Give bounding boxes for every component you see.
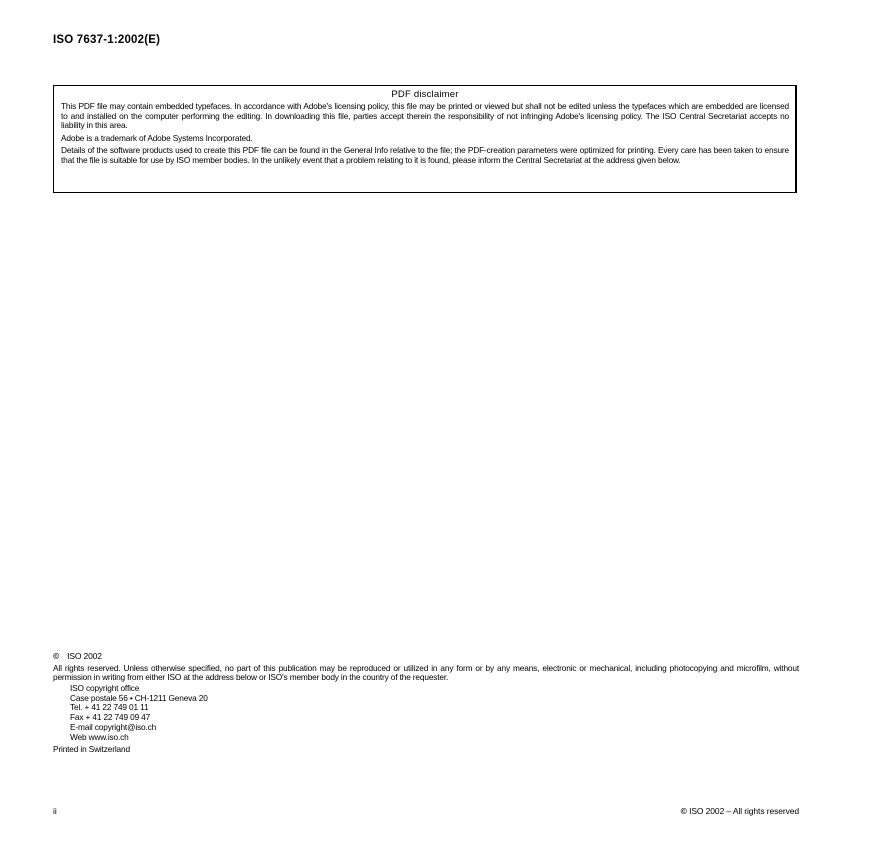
disclaimer-paragraph-details: Details of the software products used to… bbox=[61, 146, 789, 165]
copyright-block: ©ISO 2002 All rights reserved. Unless ot… bbox=[53, 652, 799, 754]
copyright-office-address: ISO copyright office Case postale 56 • C… bbox=[53, 684, 799, 743]
rights-reserved-text: All rights reserved. Unless otherwise sp… bbox=[53, 664, 799, 683]
address-web: Web www.iso.ch bbox=[70, 733, 799, 743]
document-id-header: ISO 7637-1:2002(E) bbox=[53, 34, 160, 46]
copyright-year: ISO 2002 bbox=[67, 651, 102, 661]
copyright-icon: © bbox=[53, 651, 59, 661]
pdf-disclaimer-box: PDF disclaimer This PDF file may contain… bbox=[53, 85, 797, 193]
printed-in-text: Printed in Switzerland bbox=[53, 745, 799, 755]
address-postal: Case postale 56 • CH-1211 Geneva 20 bbox=[70, 694, 799, 704]
disclaimer-paragraph-typefaces: This PDF file may contain embedded typef… bbox=[61, 102, 789, 131]
address-tel: Tel. + 41 22 749 01 11 bbox=[70, 703, 799, 713]
footer-rights-text: ISO 2002 – All rights reserved bbox=[689, 806, 799, 816]
copyright-icon: © bbox=[681, 806, 687, 816]
address-email: E-mail copyright@iso.ch bbox=[70, 723, 799, 733]
footer-copyright: © ISO 2002 – All rights reserved bbox=[681, 806, 799, 816]
copyright-line: ©ISO 2002 bbox=[53, 652, 799, 662]
page-number: ii bbox=[53, 806, 57, 816]
disclaimer-title: PDF disclaimer bbox=[61, 89, 789, 101]
disclaimer-paragraph-trademark: Adobe is a trademark of Adobe Systems In… bbox=[61, 134, 789, 144]
address-fax: Fax + 41 22 749 09 47 bbox=[70, 713, 799, 723]
